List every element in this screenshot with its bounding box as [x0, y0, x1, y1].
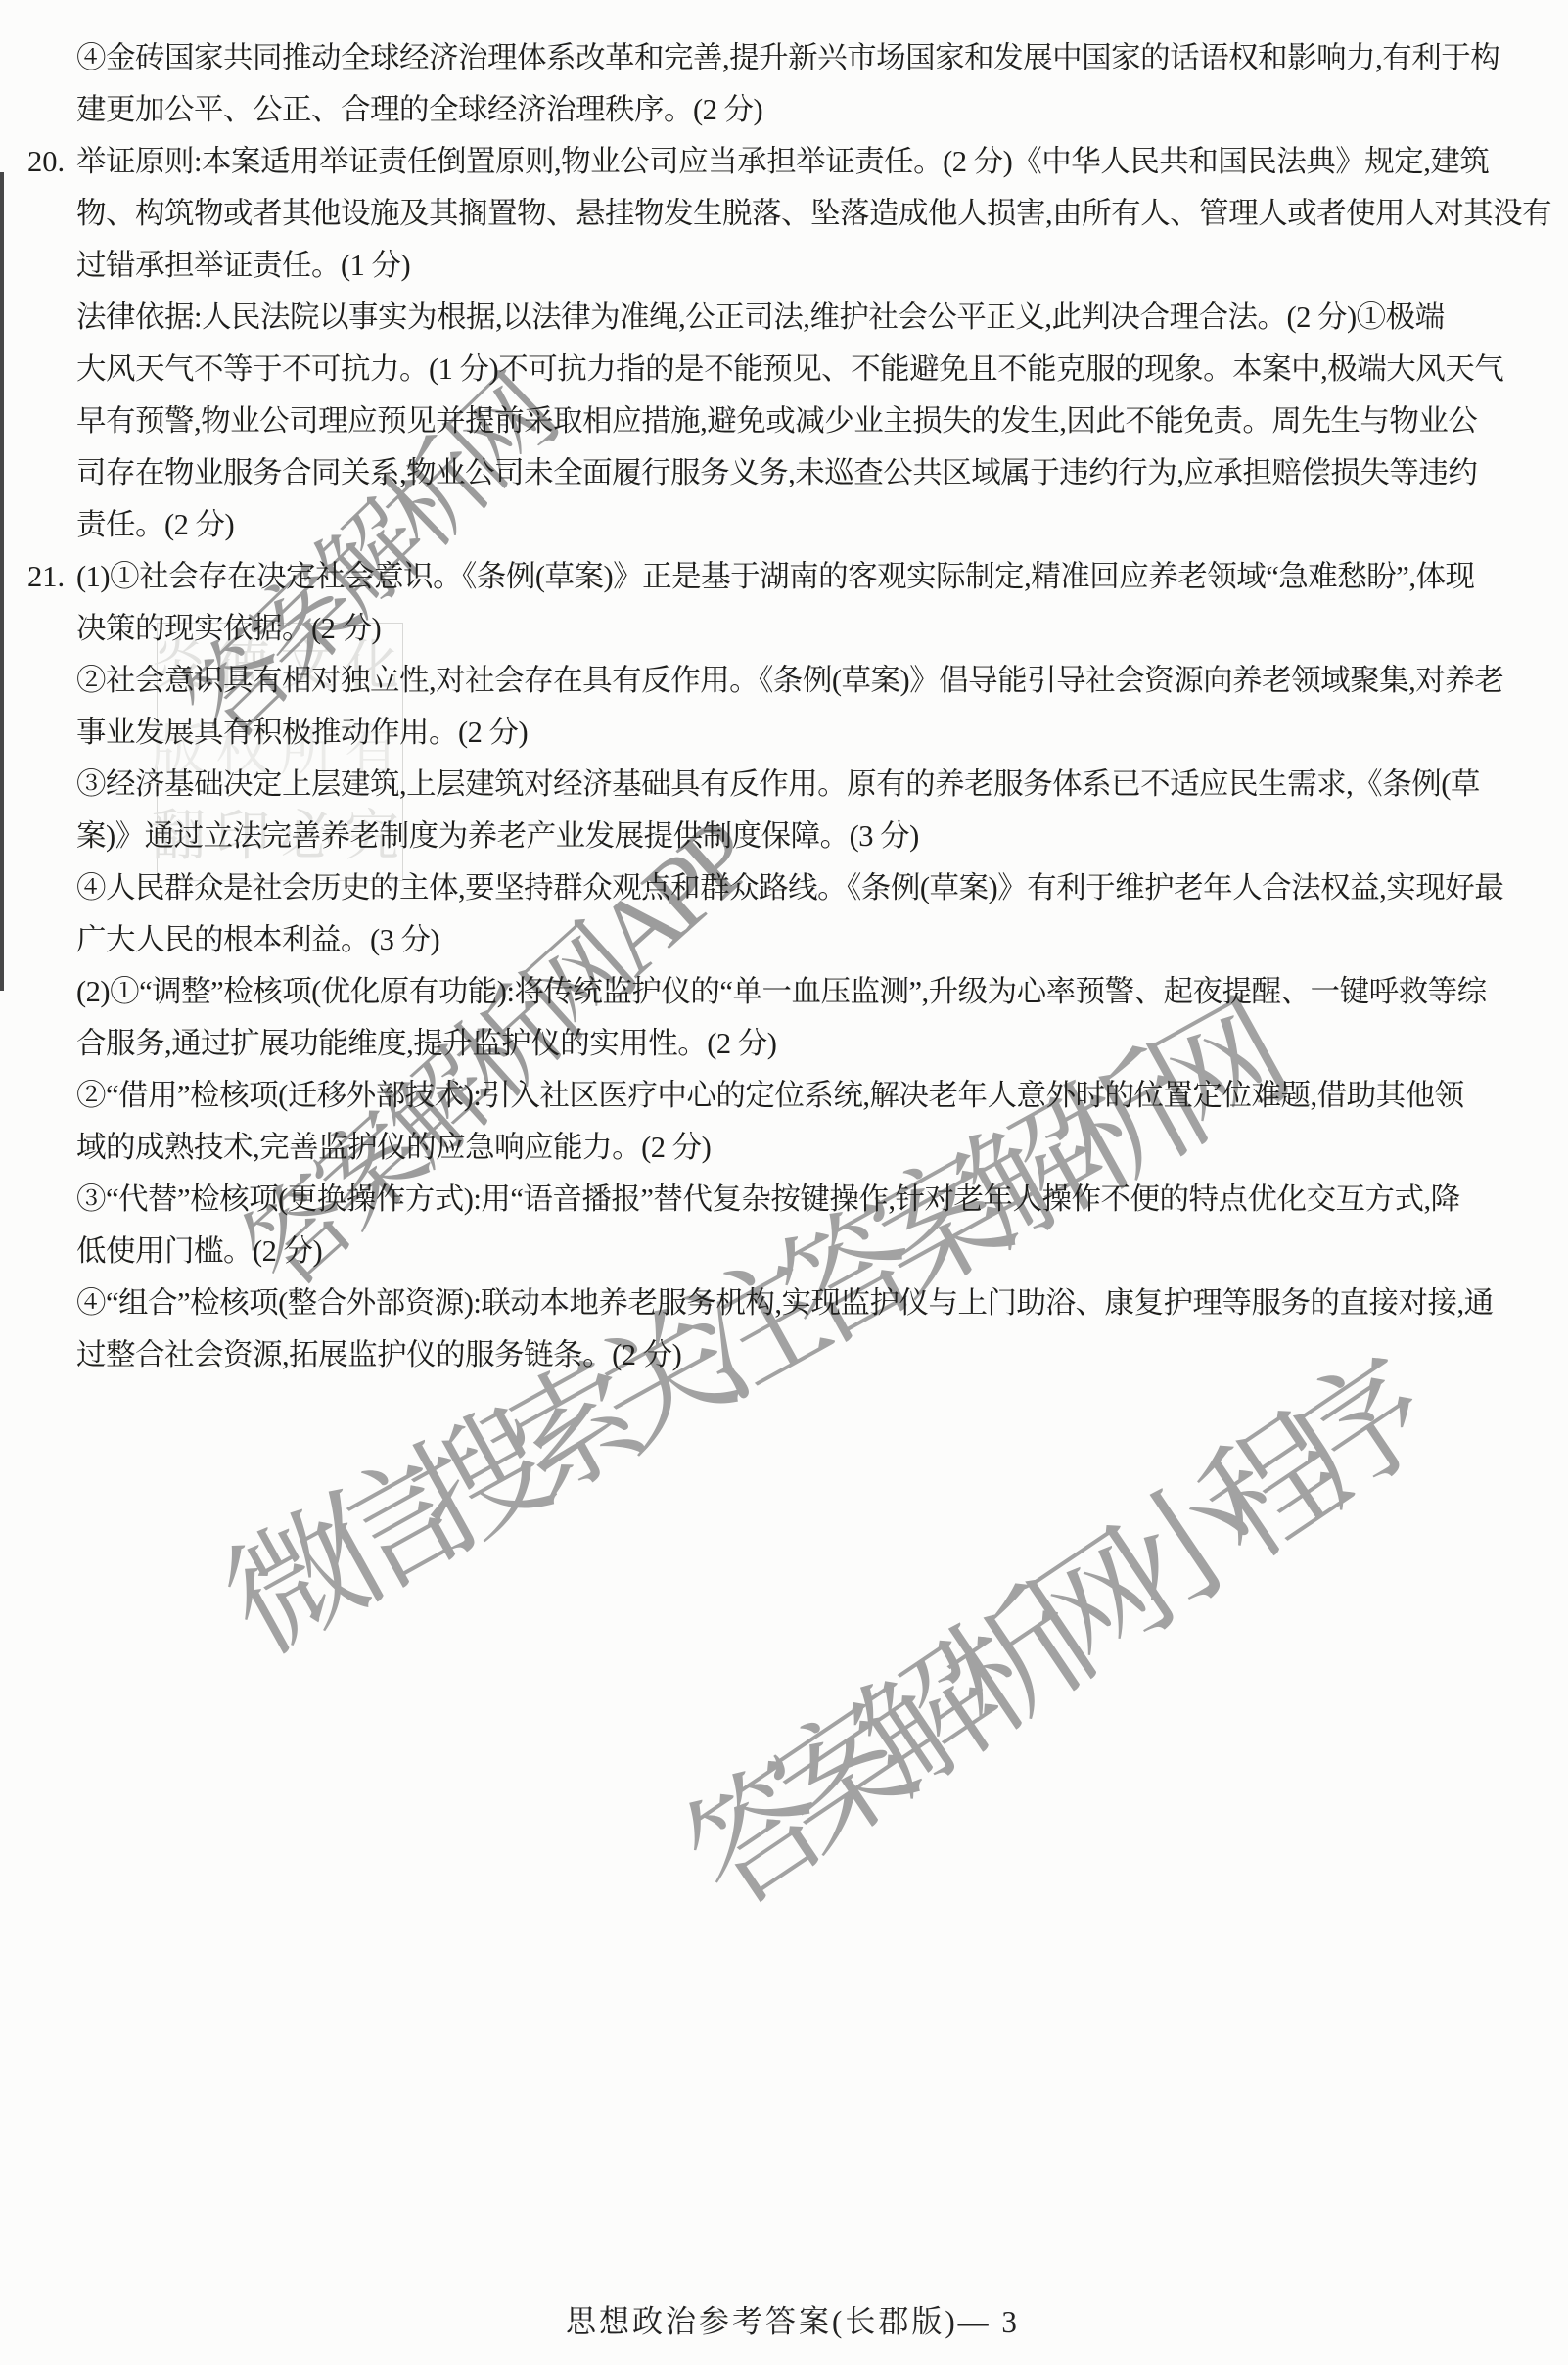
answer-line-text: 责任。(2 分): [76, 508, 234, 541]
answer-line: 过错承担举证责任。(1 分): [76, 240, 1523, 292]
answer-line: 大风天气不等于不可抗力。(1 分)不可抗力指的是不能预见、不能避免且不能克服的现…: [76, 344, 1523, 395]
answer-line-text: 大风天气不等于不可抗力。(1 分)不可抗力指的是不能预见、不能避免且不能克服的现…: [76, 352, 1503, 386]
answer-line: 案)》通过立法完善养老制度为养老产业发展提供制度保障。(3 分): [76, 811, 1523, 862]
answer-line: 法律依据:人民法院以事实为根据,以法律为准绳,公正司法,维护社会公平正义,此判决…: [76, 292, 1523, 344]
answer-sheet-content: ④金砖国家共同推动全球经济治理体系改革和完善,提升新兴市场国家和发展中国家的话语…: [76, 32, 1523, 1381]
answer-line: 司存在物业服务合同关系,物业公司未全面履行服务义务,未巡查公共区域属于违约行为,…: [76, 447, 1523, 499]
answer-line: 早有预警,物业公司理应预见并提前采取相应措施,避免或减少业主损失的发生,因此不能…: [76, 395, 1523, 447]
answer-line-text: 过整合社会资源,拓展监护仪的服务链条。(2 分): [76, 1338, 681, 1371]
answer-line-text: 案)》通过立法完善养老制度为养老产业发展提供制度保障。(3 分): [76, 819, 919, 853]
answer-line: 20.举证原则:本案适用举证责任倒置原则,物业公司应当承担举证责任。(2 分)《…: [76, 136, 1523, 188]
answer-line-text: ④“组合”检核项(整合外部资源):联动本地养老服务机构,实现监护仪与上门助浴、康…: [76, 1286, 1494, 1320]
answer-line: ④金砖国家共同推动全球经济治理体系改革和完善,提升新兴市场国家和发展中国家的话语…: [76, 32, 1523, 84]
answer-line-text: 法律依据:人民法院以事实为根据,以法律为准绳,公正司法,维护社会公平正义,此判决…: [76, 301, 1445, 334]
answer-line: ③经济基础决定上层建筑,上层建筑对经济基础具有反作用。原有的养老服务体系已不适应…: [76, 759, 1523, 811]
answer-line: 决策的现实依据。(2 分): [76, 603, 1523, 655]
answer-line: 域的成熟技术,完善监护仪的应急响应能力。(2 分): [76, 1122, 1523, 1174]
answer-line-text: 早有预警,物业公司理应预见并提前采取相应措施,避免或减少业主损失的发生,因此不能…: [76, 404, 1477, 438]
answer-line: 责任。(2 分): [76, 499, 1523, 551]
page-footer: 思想政治参考答案(长郡版)— 3: [566, 2296, 1020, 2341]
answer-line-text: ④金砖国家共同推动全球经济治理体系改革和完善,提升新兴市场国家和发展中国家的话语…: [76, 41, 1499, 74]
scan-edge-artifact: [0, 172, 4, 991]
answer-line: 事业发展具有积极推动作用。(2 分): [76, 707, 1523, 759]
answer-line: 低使用门槛。(2 分): [76, 1226, 1523, 1277]
answer-line-text: ③经济基础决定上层建筑,上层建筑对经济基础具有反作用。原有的养老服务体系已不适应…: [76, 767, 1480, 801]
answer-line-text: ③“代替”检核项(更换操作方式):用“语音播报”替代复杂按键操作,针对老年人操作…: [76, 1182, 1460, 1216]
watermark-mini-program: 答案解析网小程序: [643, 1320, 1439, 1943]
answer-line: (2)①“调整”检核项(优化原有功能):将传统监护仪的“单一血压监测”,升级为心…: [76, 966, 1523, 1018]
answer-line-text: 决策的现实依据。(2 分): [76, 612, 381, 645]
answer-line-text: 事业发展具有积极推动作用。(2 分): [76, 716, 528, 749]
answer-line-text: 低使用门槛。(2 分): [76, 1234, 322, 1268]
answer-line-text: 物、构筑物或者其他设施及其搁置物、悬挂物发生脱落、坠落造成他人损害,由所有人、管…: [76, 197, 1551, 230]
answer-line-text: 域的成熟技术,完善监护仪的应急响应能力。(2 分): [76, 1131, 711, 1164]
answer-line-text: 举证原则:本案适用举证责任倒置原则,物业公司应当承担举证责任。(2 分)《中华人…: [76, 145, 1489, 178]
answer-line: 过整合社会资源,拓展监护仪的服务链条。(2 分): [76, 1329, 1523, 1381]
answer-line: ②“借用”检核项(迁移外部技术):引入社区医疗中心的定位系统,解决老年人意外时的…: [76, 1070, 1523, 1122]
answer-line: 建更加公平、公正、合理的全球经济治理秩序。(2 分): [76, 84, 1523, 136]
question-number-20: 20.: [27, 136, 65, 188]
answer-line: 合服务,通过扩展功能维度,提升监护仪的实用性。(2 分): [76, 1018, 1523, 1070]
answer-line: ④人民群众是社会历史的主体,要坚持群众观点和群众路线。《条例(草案)》有利于维护…: [76, 862, 1523, 914]
answer-line-text: 合服务,通过扩展功能维度,提升监护仪的实用性。(2 分): [76, 1027, 776, 1060]
answer-line: ②社会意识具有相对独立性,对社会存在具有反作用。《条例(草案)》倡导能引导社会资…: [76, 655, 1523, 707]
question-number-21: 21.: [27, 551, 65, 603]
answer-line-text: 广大人民的根本利益。(3 分): [76, 923, 439, 956]
answer-line-text: 过错承担举证责任。(1 分): [76, 249, 410, 282]
answer-line: 物、构筑物或者其他设施及其搁置物、悬挂物发生脱落、坠落造成他人损害,由所有人、管…: [76, 188, 1523, 240]
answer-line-text: (2)①“调整”检核项(优化原有功能):将传统监护仪的“单一血压监测”,升级为心…: [76, 975, 1487, 1008]
answer-line: ③“代替”检核项(更换操作方式):用“语音播报”替代复杂按键操作,针对老年人操作…: [76, 1174, 1523, 1226]
answer-line: 广大人民的根本利益。(3 分): [76, 914, 1523, 966]
answer-line: 21.(1)①社会存在决定社会意识。《条例(草案)》正是基于湖南的客观实际制定,…: [76, 551, 1523, 603]
answer-line-text: ②社会意识具有相对独立性,对社会存在具有反作用。《条例(草案)》倡导能引导社会资…: [76, 664, 1503, 697]
answer-line: ④“组合”检核项(整合外部资源):联动本地养老服务机构,实现监护仪与上门助浴、康…: [76, 1277, 1523, 1329]
answer-line-text: (1)①社会存在决定社会意识。《条例(草案)》正是基于湖南的客观实际制定,精准回…: [76, 560, 1474, 593]
answer-line-text: ②“借用”检核项(迁移外部技术):引入社区医疗中心的定位系统,解决老年人意外时的…: [76, 1079, 1464, 1112]
scanned-answer-page: { "document": { "footer": "思想政治参考答案(长郡版)…: [0, 0, 1568, 2365]
answer-line-text: 司存在物业服务合同关系,物业公司未全面履行服务义务,未巡查公共区域属于违约行为,…: [76, 456, 1477, 489]
answer-line-text: ④人民群众是社会历史的主体,要坚持群众观点和群众路线。《条例(草案)》有利于维护…: [76, 871, 1503, 904]
answer-line-text: 建更加公平、公正、合理的全球经济治理秩序。(2 分): [76, 93, 762, 126]
